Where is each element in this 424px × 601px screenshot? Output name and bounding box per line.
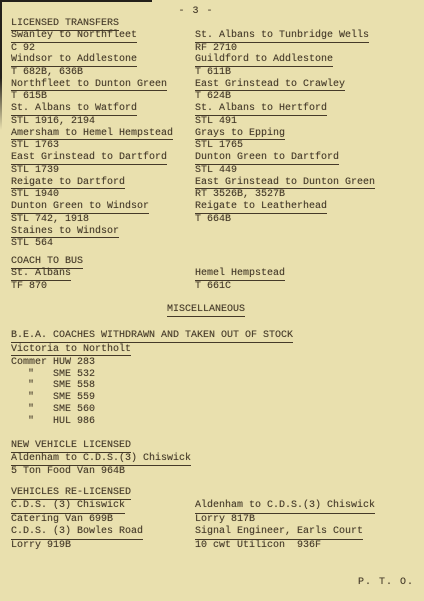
transfer-entry: Swanley to Northfleet C 92 [11, 30, 173, 53]
route-text: Guildford to Addlestone [195, 54, 333, 67]
location-text: Signal Engineer, Earls Court [195, 526, 363, 540]
route-text: Dunton Green to Dartford [195, 152, 339, 165]
route-line: East Grinstead to Dunton Green [195, 177, 375, 190]
route-line: Grays to Epping [195, 128, 375, 141]
registration-number: SME 558 [53, 380, 95, 392]
bea-registration-list: Commer HUW 283 " SME 532 " SME 558 " SME… [11, 357, 293, 427]
coach-to-bus-heading: COACH TO BUS [11, 256, 83, 269]
fleet-numbers: STL 564 [11, 238, 173, 250]
fleet-numbers: T 682B, 636B [11, 67, 173, 79]
fleet-numbers: T 664B [195, 214, 375, 226]
location-line: C.D.S. (3) Chiswick [11, 500, 143, 514]
fleet-numbers: TF 870 [11, 281, 71, 293]
fleet-numbers: C 92 [11, 43, 173, 55]
bea-registration-row: " HUL 986 [11, 416, 293, 428]
transfer-entry: Dunton Green to Dartford STL 449 [195, 152, 375, 175]
vehicle-make: " [11, 404, 53, 416]
new-vehicle-detail: 5 Ton Food Van 964B [11, 466, 191, 478]
bea-section: B.E.A. COACHES WITHDRAWN AND TAKEN OUT O… [11, 330, 293, 427]
route-line: St. Albans to Watford [11, 103, 173, 116]
bea-registration-row: " SME 559 [11, 392, 293, 404]
fleet-numbers: T 624B [195, 91, 375, 103]
route-line: Northfleet to Dunton Green [11, 79, 173, 92]
vehicle-make: " [11, 392, 53, 404]
bea-registration-row: Commer HUW 283 [11, 357, 293, 369]
new-vehicle-licensed-section: NEW VEHICLE LICENSED Aldenham to C.D.S.(… [11, 440, 191, 478]
transfer-entry: St. Albans to Tunbridge Wells RF 2710 [195, 30, 375, 53]
vehicle-make: " [11, 380, 53, 392]
new-vehicle-heading: NEW VEHICLE LICENSED [11, 440, 191, 453]
vehicles-relicensed-right-column: Aldenham to C.D.S.(3) Chiswick Lorry 817… [195, 500, 375, 552]
route-line: East Grinstead to Crawley [195, 79, 375, 92]
route-text: East Grinstead to Dartford [11, 152, 167, 165]
route-text: Reigate to Dartford [11, 177, 125, 190]
relicensed-entry: C.D.S. (3) Chiswick Catering Van 699B [11, 500, 143, 526]
route-line: Staines to Windsor [11, 226, 173, 239]
route-text: East Grinstead to Crawley [195, 79, 345, 92]
transfer-entry: Northfleet to Dunton Green T 615B [11, 79, 173, 102]
location-text: C.D.S. (3) Bowles Road [11, 526, 143, 540]
location-line: Aldenham to C.D.S.(3) Chiswick [195, 500, 375, 514]
registration-number: SME 532 [53, 369, 95, 381]
transfer-entry: Reigate to Leatherhead T 664B [195, 201, 375, 224]
relicensed-entry: C.D.S. (3) Bowles Road Lorry 919B [11, 526, 143, 552]
miscellaneous-heading: MISCELLANEOUS [0, 304, 412, 317]
vehicles-relicensed-left-column: C.D.S. (3) Chiswick Catering Van 699B C.… [11, 500, 143, 552]
route-line: St. Albans to Hertford [195, 103, 375, 116]
scan-edge-left [0, 0, 2, 130]
fleet-numbers: STL 1916, 2194 [11, 116, 173, 128]
transfer-entry: St. Albans TF 870 [11, 268, 71, 291]
vehicle-detail: Lorry 817B [195, 514, 375, 527]
route-text: Windsor to Addlestone [11, 54, 137, 67]
fleet-numbers: T 661C [195, 281, 285, 293]
route-text: Amersham to Hemel Hempstead [11, 128, 173, 141]
route-text: Staines to Windsor [11, 226, 119, 239]
vehicle-make: Commer [11, 357, 53, 369]
coach-to-bus-left: St. Albans TF 870 [11, 268, 71, 292]
fleet-numbers: STL 1765 [195, 140, 375, 152]
transfer-entry: Staines to Windsor STL 564 [11, 226, 173, 249]
transfer-entry: East Grinstead to Dunton Green RT 3526B,… [195, 177, 375, 200]
transfer-entry: Hemel Hempstead T 661C [195, 268, 285, 291]
pto-note: P. T. O. [358, 577, 414, 589]
scan-edge-top [0, 0, 152, 2]
fleet-numbers: STL 449 [195, 165, 375, 177]
vehicle-make: " [11, 416, 53, 428]
transfer-entry: St. Albans to Watford STL 1916, 2194 [11, 103, 173, 126]
fleet-numbers: STL 1763 [11, 140, 173, 152]
bea-registration-row: " SME 560 [11, 404, 293, 416]
vehicle-make: " [11, 369, 53, 381]
route-line: Windsor to Addlestone [11, 54, 173, 67]
route-text: St. Albans to Tunbridge Wells [195, 30, 369, 43]
transfer-entry: Dunton Green to Windsor STL 742, 1918 [11, 201, 173, 224]
bea-registration-row: " SME 558 [11, 380, 293, 392]
transfer-entry: Windsor to Addlestone T 682B, 636B [11, 54, 173, 77]
route-line: Hemel Hempstead [195, 268, 285, 281]
route-line: St. Albans to Tunbridge Wells [195, 30, 375, 43]
registration-number: SME 559 [53, 392, 95, 404]
route-text: East Grinstead to Dunton Green [195, 177, 375, 190]
route-line: Reigate to Leatherhead [195, 201, 375, 214]
transfer-entry: East Grinstead to Dartford STL 1739 [11, 152, 173, 175]
new-vehicle-location: Aldenham to C.D.S.(3) Chiswick [11, 453, 191, 466]
licensed-transfers-left-column: Swanley to Northfleet C 92 Windsor to Ad… [11, 30, 173, 250]
transfer-entry: East Grinstead to Crawley T 624B [195, 79, 375, 102]
fleet-numbers: RT 3526B, 3527B [195, 189, 375, 201]
fleet-numbers: RF 2710 [195, 43, 375, 55]
route-line: Dunton Green to Dartford [195, 152, 375, 165]
location-line: C.D.S. (3) Bowles Road [11, 526, 143, 540]
route-text: St. Albans to Hertford [195, 103, 327, 116]
route-line: Reigate to Dartford [11, 177, 173, 190]
fleet-numbers: T 615B [11, 91, 173, 103]
route-text: Dunton Green to Windsor [11, 201, 149, 214]
route-text: Reigate to Leatherhead [195, 201, 327, 214]
route-text: St. Albans [11, 268, 71, 281]
route-text: Hemel Hempstead [195, 268, 285, 281]
transfer-entry: Guildford to Addlestone T 611B [195, 54, 375, 77]
transfer-entry: Reigate to Dartford STL 1940 [11, 177, 173, 200]
route-line: Amersham to Hemel Hempstead [11, 128, 173, 141]
transfer-entry: Amersham to Hemel Hempstead STL 1763 [11, 128, 173, 151]
transfer-entry: St. Albans to Hertford STL 491 [195, 103, 375, 126]
location-line: Signal Engineer, Earls Court [195, 526, 375, 540]
relicensed-entry: Aldenham to C.D.S.(3) Chiswick Lorry 817… [195, 500, 375, 526]
fleet-numbers: STL 742, 1918 [11, 214, 173, 226]
coach-to-bus-right: Hemel Hempstead T 661C [195, 268, 285, 292]
route-text: Northfleet to Dunton Green [11, 79, 167, 92]
location-text: Aldenham to C.D.S.(3) Chiswick [195, 500, 375, 514]
registration-number: HUW 283 [53, 357, 95, 369]
route-text: St. Albans to Watford [11, 103, 137, 116]
relicensed-entry: Signal Engineer, Earls Court 10 cwt Util… [195, 526, 375, 552]
page-number: - 3 - [0, 6, 392, 18]
route-line: Swanley to Northfleet [11, 30, 173, 43]
bea-registration-row: " SME 532 [11, 369, 293, 381]
licensed-transfers-right-column: St. Albans to Tunbridge Wells RF 2710 Gu… [195, 30, 375, 226]
vehicles-relicensed-heading: VEHICLES RE-LICENSED [11, 487, 131, 500]
scanned-document-page: - 3 - LICENSED TRANSFERS Swanley to Nort… [0, 0, 424, 601]
fleet-numbers: STL 1739 [11, 165, 173, 177]
route-line: East Grinstead to Dartford [11, 152, 173, 165]
route-line: St. Albans [11, 268, 71, 281]
registration-number: HUL 986 [53, 416, 95, 428]
bea-route: Victoria to Northolt [11, 344, 293, 357]
licensed-transfers-heading: LICENSED TRANSFERS [11, 18, 119, 31]
registration-number: SME 560 [53, 404, 95, 416]
fleet-numbers: STL 491 [195, 116, 375, 128]
fleet-numbers: STL 1940 [11, 189, 173, 201]
route-line: Dunton Green to Windsor [11, 201, 173, 214]
route-text: Swanley to Northfleet [11, 30, 137, 43]
route-text: Grays to Epping [195, 128, 285, 141]
fleet-numbers: T 611B [195, 67, 375, 79]
vehicle-detail: Catering Van 699B [11, 514, 143, 527]
transfer-entry: Grays to Epping STL 1765 [195, 128, 375, 151]
bea-heading: B.E.A. COACHES WITHDRAWN AND TAKEN OUT O… [11, 330, 293, 343]
route-line: Guildford to Addlestone [195, 54, 375, 67]
vehicle-detail: 10 cwt Utilicon 936F [195, 540, 375, 553]
location-text: C.D.S. (3) Chiswick [11, 500, 125, 514]
vehicle-detail: Lorry 919B [11, 540, 143, 553]
